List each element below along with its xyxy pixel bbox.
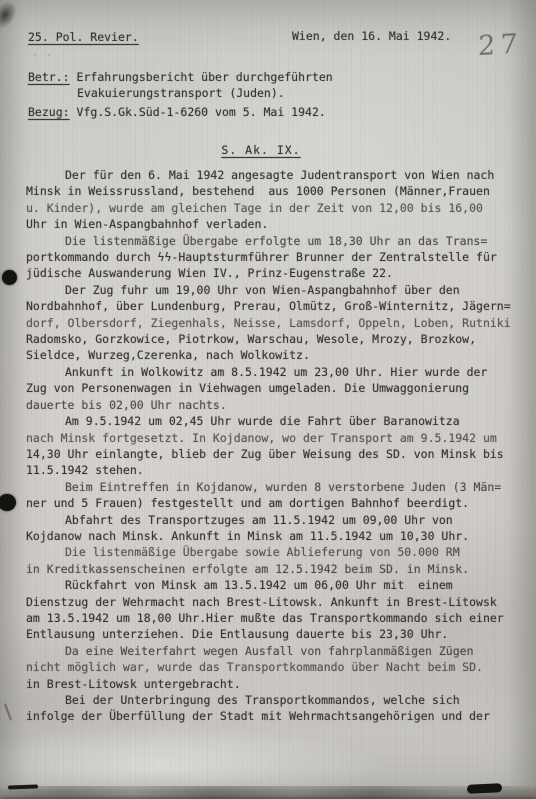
reference-block: Bezug:Vfg.S.Gk.Süd-1-6260 vom 5. Mai 194… xyxy=(28,104,326,120)
text-line: in Kreditkassenscheinen erfolgte am 12.5… xyxy=(26,561,526,577)
text-line: u. Kinder), wurde am gleichen Tage in de… xyxy=(26,200,526,216)
text-line: 11.5.1942 stehen. xyxy=(26,462,526,478)
text-line: Minsk in Weissrussland, bestehend aus 10… xyxy=(26,183,526,199)
text-line: Ankunft in Wolkowitz am 8.5.1942 um 23,0… xyxy=(26,364,526,380)
text-line: am 13.5.1942 um 18,00 Uhr.Hier mußte das… xyxy=(26,610,526,626)
text-line: Da eine Weiterfahrt wegen Ausfall von fa… xyxy=(26,643,526,659)
handwritten-page-number: 27 xyxy=(477,29,522,62)
text-line: Am 9.5.1942 um 02,45 Uhr wurde die Fahrt… xyxy=(26,413,526,429)
subject-text: Erfahrungsbericht über durchgeführten xyxy=(77,70,333,84)
text-line: Uhr in Wien-Aspangbahnhof verladen. xyxy=(26,216,526,232)
subject-line-1: Betr.:Erfahrungsbericht über durchgeführ… xyxy=(28,69,333,85)
text-line: Der Zug fuhr um 19,00 Uhr von Wien-Aspan… xyxy=(26,282,526,298)
subject-line-2: Evakuierungstransport (Juden). xyxy=(28,85,333,101)
text-line: Entlausung unterziehen. Die Entlausung d… xyxy=(26,626,526,642)
text-line: dorf, Olbersdorf, Ziegenhals, Neisse, La… xyxy=(26,315,526,331)
text-line: Sieldce, Wurzeg,Czerenka, nach Wolkowitz… xyxy=(26,347,526,363)
text-line: ner und 5 Frauen) festgestellt und am do… xyxy=(26,495,526,511)
text-line: Nordbahnhof, über Lundenburg, Prerau, Ol… xyxy=(26,298,526,314)
text-line: Bei der Unterbringung des Transportkomma… xyxy=(26,692,526,708)
document-heading: S. Ak. IX. xyxy=(0,143,522,157)
text-line: Der für den 6. Mai 1942 angesagte Judent… xyxy=(26,167,526,183)
text-line: Die listenmäßige Übergabe sowie Abliefer… xyxy=(26,544,526,560)
smudge-dots: ·· xyxy=(32,50,60,61)
text-line: Rückfahrt von Minsk am 13.5.1942 um 06,0… xyxy=(26,577,526,593)
typewritten-content: 25. Pol. Revier. Wien, den 16. Mai 1942.… xyxy=(0,0,536,799)
scanned-document-page: 25. Pol. Revier. Wien, den 16. Mai 1942.… xyxy=(0,0,536,799)
subject-block: Betr.:Erfahrungsbericht über durchgeführ… xyxy=(28,69,333,102)
text-line: Dienstzug der Wehrmacht nach Brest-Litow… xyxy=(26,594,526,610)
text-line: dauerte bis 02,00 Uhr nachts. xyxy=(26,397,526,413)
text-line: nicht möglich war, wurde das Transportko… xyxy=(26,659,526,675)
reference-text: Vfg.S.Gk.Süd-1-6260 vom 5. Mai 1942. xyxy=(77,105,326,119)
text-line: Beim Eintreffen in Kojdanow, wurden 8 ve… xyxy=(26,479,526,495)
reference-label: Bezug: xyxy=(28,105,70,119)
punch-hole-top xyxy=(2,270,17,285)
text-line: Kojdanow nach Minsk. Ankunft in Minsk am… xyxy=(26,528,526,544)
reference-line: Bezug:Vfg.S.Gk.Süd-1-6260 vom 5. Mai 194… xyxy=(28,104,326,120)
text-line: Radomsko, Gorzkowice, Piotrkow, Warschau… xyxy=(26,331,526,347)
scan-edge-band xyxy=(0,786,536,799)
text-line: nach Minsk fortgesetzt. In Kojdanow, wo … xyxy=(26,430,526,446)
document-heading-text: S. Ak. IX. xyxy=(221,143,300,157)
place-date-line: Wien, den 16. Mai 1942. xyxy=(292,29,451,43)
text-line: in Brest-Litowsk untergebracht. xyxy=(26,676,526,692)
subject-label: Betr.: xyxy=(28,70,70,84)
text-line: portkommando durch ϟϟ-Hauptsturmführer B… xyxy=(26,249,526,265)
text-line: infolge der Überfüllung der Stadt mit We… xyxy=(26,708,526,724)
report-body: Der für den 6. Mai 1942 angesagte Judent… xyxy=(26,167,526,725)
unit-designation: 25. Pol. Revier. xyxy=(28,30,139,44)
text-line: Abfahrt des Transportzuges am 11.5.1942 … xyxy=(26,512,526,528)
text-line: 14,30 Uhr einlangte, blieb der Zug über … xyxy=(26,446,526,462)
text-line: Zug von Personenwagen in Viehwagen umgel… xyxy=(26,380,526,396)
text-line: jüdische Auswanderung Wien IV., Prinz-Eu… xyxy=(26,265,526,281)
scan-artifact-blob xyxy=(467,783,502,794)
text-line: Die listenmäßige Übergabe erfolgte um 18… xyxy=(26,233,526,249)
